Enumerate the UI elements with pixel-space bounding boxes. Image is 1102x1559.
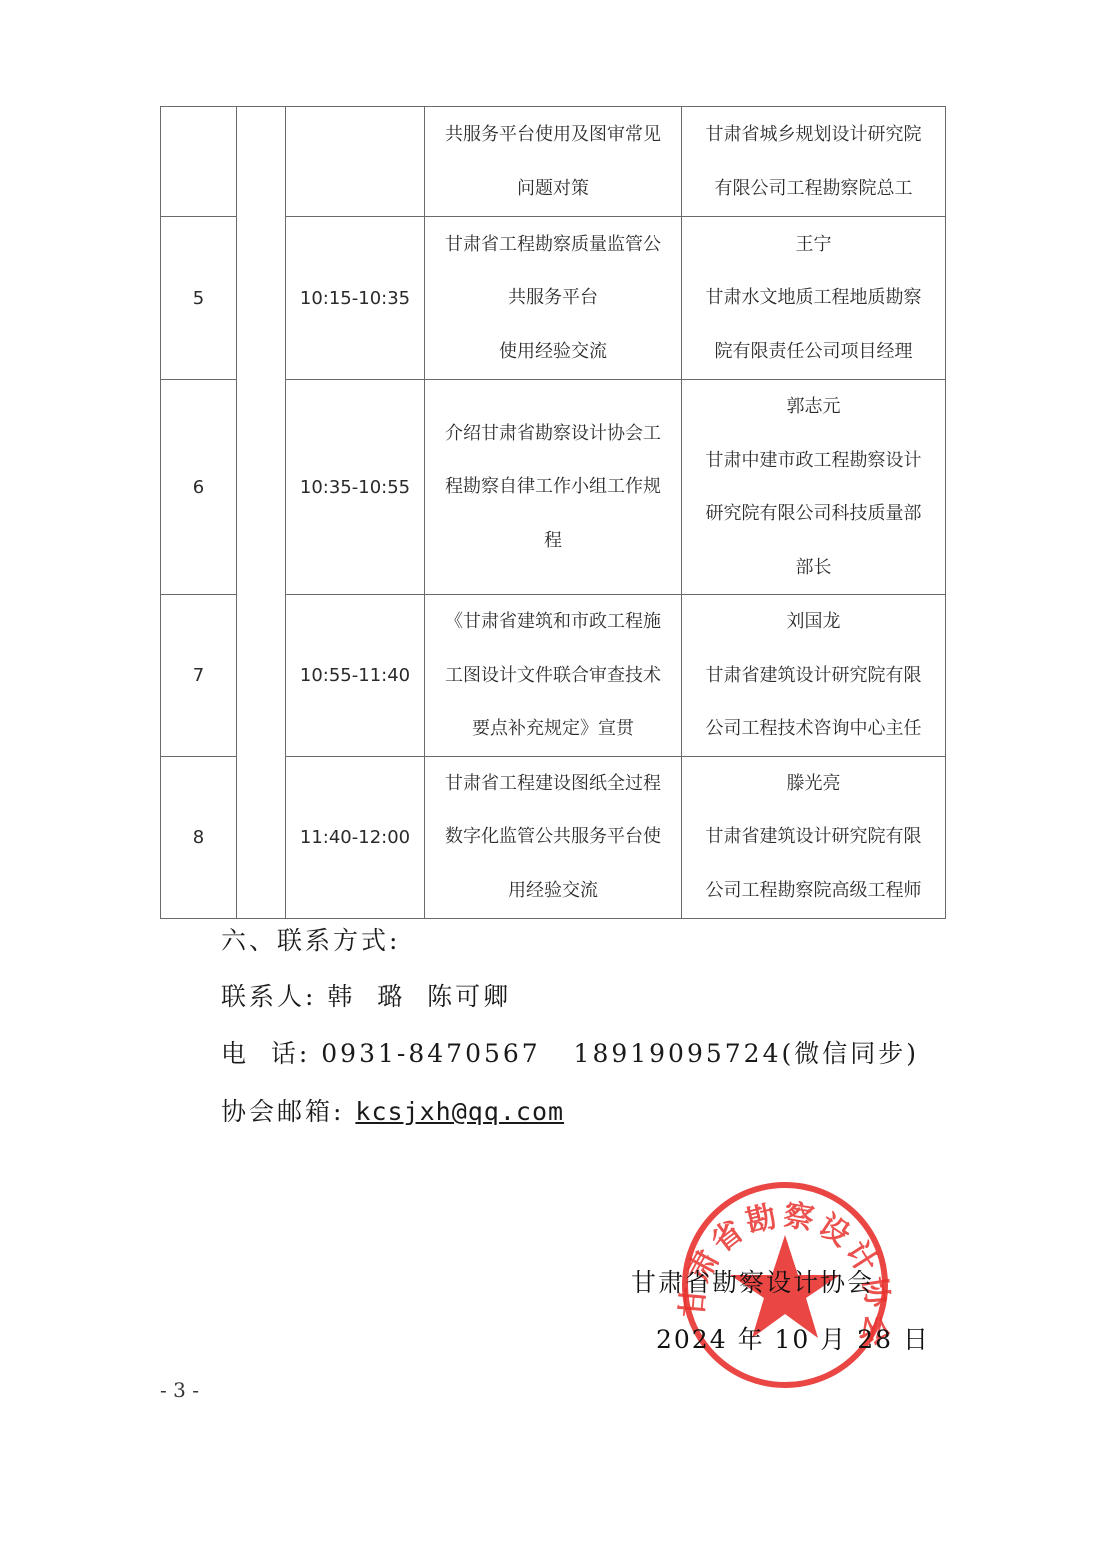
- topic-line: 数字化监管公共服务平台使: [445, 810, 661, 864]
- cell-time: 10:15-10:35: [286, 217, 425, 380]
- cell-speaker: 王宁 甘肃水文地质工程地质勘察 院有限责任公司项目经理: [682, 217, 946, 380]
- topic-line: 介绍甘肃省勘察设计协会工: [445, 407, 661, 461]
- topic-line: 程: [544, 514, 562, 568]
- speaker-line: 甘肃省城乡规划设计研究院: [706, 108, 922, 162]
- cell-merged-session: [237, 107, 286, 919]
- contact-email: 协会邮箱: kcsjxh@qq.com: [221, 1092, 564, 1128]
- contact-email-label: 协会邮箱:: [221, 1097, 344, 1126]
- speaker-line: 刘国龙: [787, 595, 841, 649]
- contact-person-label: 联系人:: [221, 982, 316, 1011]
- email-link[interactable]: kcsjxh@qq.com: [355, 1097, 564, 1126]
- contact-persons: 联系人: 韩 璐 陈可卿: [221, 977, 511, 1013]
- speaker-line: 研究院有限公司科技质量部: [706, 487, 922, 541]
- topic-line: 《甘肃省建筑和市政工程施: [445, 595, 661, 649]
- cell-no: 7: [161, 595, 237, 757]
- speaker-line: 甘肃省建筑设计研究院有限: [706, 649, 922, 703]
- speaker-line: 王宁: [796, 218, 832, 272]
- cell-speaker: 甘肃省城乡规划设计研究院 有限公司工程勘察院总工: [682, 107, 946, 217]
- topic-line: 共服务平台: [508, 271, 598, 325]
- cell-speaker: 刘国龙 甘肃省建筑设计研究院有限 公司工程技术咨询中心主任: [682, 595, 946, 757]
- topic-line: 甘肃省工程建设图纸全过程: [445, 757, 661, 811]
- cell-time: 10:55-11:40: [286, 595, 425, 757]
- cell-no: 6: [161, 380, 237, 595]
- topic-line: 程勘察自律工作小组工作规: [445, 460, 661, 514]
- cell-topic: 甘肃省工程勘察质量监管公 共服务平台 使用经验交流: [425, 217, 682, 380]
- contact-heading: 六、联系方式:: [221, 921, 400, 957]
- cell-time: 10:35-10:55: [286, 380, 425, 595]
- contact-phone-numbers: 0931-8470567 18919095724(微信同步): [321, 1039, 919, 1068]
- cell-no: 8: [161, 756, 237, 918]
- signature-date: 2024 年 10 月 28 日: [656, 1320, 930, 1356]
- schedule-table: 共服务平台使用及图审常见 问题对策 甘肃省城乡规划设计研究院 有限公司工程勘察院…: [160, 106, 946, 919]
- table-row: 共服务平台使用及图审常见 问题对策 甘肃省城乡规划设计研究院 有限公司工程勘察院…: [161, 107, 946, 217]
- topic-line: 用经验交流: [508, 864, 598, 918]
- cell-topic: 甘肃省工程建设图纸全过程 数字化监管公共服务平台使 用经验交流: [425, 756, 682, 918]
- contact-phone-label: 电 话:: [221, 1039, 310, 1068]
- contact-person-names: 韩 璐 陈可卿: [327, 982, 511, 1011]
- cell-no: 5: [161, 217, 237, 380]
- cell-time: 11:40-12:00: [286, 756, 425, 918]
- cell-time: [286, 107, 425, 217]
- speaker-line: 甘肃中建市政工程勘察设计: [706, 434, 922, 488]
- speaker-line: 有限公司工程勘察院总工: [715, 162, 913, 216]
- speaker-line: 甘肃省建筑设计研究院有限: [706, 810, 922, 864]
- speaker-line: 郭志元: [787, 380, 841, 434]
- topic-line: 问题对策: [517, 162, 589, 216]
- topic-line: 工图设计文件联合审查技术: [445, 649, 661, 703]
- page-number: - 3 -: [160, 1378, 199, 1402]
- topic-line: 要点补充规定》宣贯: [472, 702, 634, 756]
- cell-speaker: 郭志元 甘肃中建市政工程勘察设计 研究院有限公司科技质量部 部长: [682, 380, 946, 595]
- topic-line: 甘肃省工程勘察质量监管公: [445, 218, 661, 272]
- signature-org: 甘肃省勘察设计协会: [631, 1263, 874, 1299]
- topic-line: 共服务平台使用及图审常见: [445, 108, 661, 162]
- speaker-line: 滕光亮: [787, 757, 841, 811]
- contact-phones: 电 话: 0931-8470567 18919095724(微信同步): [221, 1034, 919, 1070]
- speaker-line: 部长: [796, 541, 832, 595]
- speaker-line: 甘肃水文地质工程地质勘察: [706, 271, 922, 325]
- speaker-line: 院有限责任公司项目经理: [715, 325, 913, 379]
- speaker-line: 公司工程勘察院高级工程师: [706, 864, 922, 918]
- topic-line: 使用经验交流: [499, 325, 607, 379]
- cell-topic: 《甘肃省建筑和市政工程施 工图设计文件联合审查技术 要点补充规定》宣贯: [425, 595, 682, 757]
- cell-topic: 介绍甘肃省勘察设计协会工 程勘察自律工作小组工作规 程: [425, 380, 682, 595]
- speaker-line: 公司工程技术咨询中心主任: [706, 702, 922, 756]
- cell-topic: 共服务平台使用及图审常见 问题对策: [425, 107, 682, 217]
- cell-speaker: 滕光亮 甘肃省建筑设计研究院有限 公司工程勘察院高级工程师: [682, 756, 946, 918]
- cell-no: [161, 107, 237, 217]
